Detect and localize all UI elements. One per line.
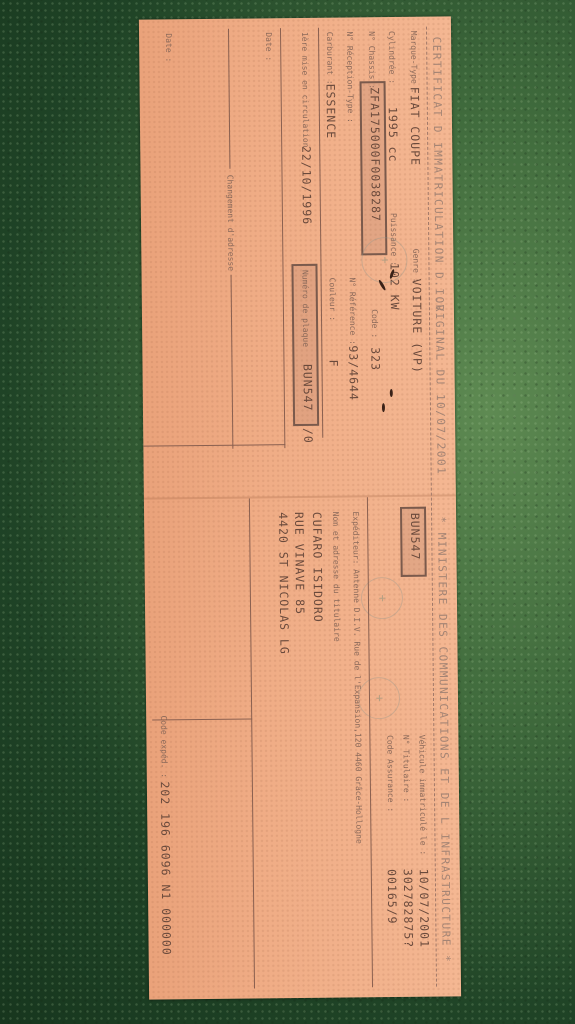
plate-suffix: /0 <box>301 428 315 444</box>
code-label: Code : <box>370 309 379 338</box>
dispatch-code-label: Code expéd. : <box>159 715 169 778</box>
certificate-title: CERTIFICAT D IMMATRICULATION D.I.V <box>430 36 446 312</box>
vehicle-divider <box>318 28 323 438</box>
owner-name: CUFARO ISIDORO <box>310 512 325 623</box>
marque-type-label: Marque-Type : <box>409 31 419 94</box>
chassis-value: ZFA175000F0038287 <box>368 87 383 222</box>
change-of-address: Changement d'adresse <box>226 175 236 271</box>
cylindree-label: Cylindrée : <box>387 31 397 84</box>
code-value: 323 <box>368 347 382 371</box>
section-divider-1 <box>280 28 285 448</box>
owner-street: RUE VINAVE 85 <box>292 512 307 615</box>
insurance-code-value: 00165/9 <box>385 869 400 925</box>
section-divider-2 <box>249 499 255 989</box>
sender-address: Expéditeur: Antenne D.I.V. Rue de l'Expa… <box>351 511 363 843</box>
plate-number-label: Numéro de plaque <box>301 270 311 347</box>
owner-city: 4420 ST NICOLAS LG <box>276 512 291 655</box>
reception-type-label: N° Réception-Type : <box>345 31 355 123</box>
genre-value: VOITURE (VP) <box>410 279 425 374</box>
address-line-left <box>228 29 230 169</box>
plate-number-value: BUN547 <box>300 364 314 412</box>
insurance-code-label: Code Assurance : <box>385 735 395 812</box>
first-registration-value: 22/10/1996 <box>299 146 314 225</box>
ministry-name: * MINISTERE DES COMMUNICATIONS ET DE L I… <box>435 516 453 963</box>
reference-label: N° Référence : <box>348 277 358 345</box>
first-registration-label: 1ère mise en circulation <box>300 32 310 148</box>
plate-box-value: BUN547 <box>408 513 422 561</box>
date-label-1: Date : <box>264 32 273 61</box>
owner-address-label: Nom et adresse du titulaire <box>331 512 341 642</box>
carburant-label: Carburant : <box>325 32 335 85</box>
registered-on-label: Véhicule immatriculé le : <box>417 735 427 856</box>
marque-type-value: FIAT COUPE <box>408 87 423 166</box>
couleur-value: F <box>326 360 340 368</box>
stamp-circle <box>358 677 400 719</box>
cylindree-value: 1995 cc <box>386 107 401 163</box>
address-line-right <box>231 275 234 449</box>
paper-fold <box>144 494 456 499</box>
holder-number-value: 302782875? <box>401 869 416 948</box>
date-label-2: Date : <box>164 33 173 62</box>
stamp-circle <box>361 237 407 283</box>
genre-label: Genre : <box>411 249 420 283</box>
registration-certificate: CERTIFICAT D IMMATRICULATION D.I.V ORIGI… <box>139 16 461 999</box>
couleur-label: Couleur : <box>328 278 337 321</box>
carburant-value: ESSENCE <box>324 84 339 140</box>
ink-mark <box>390 389 393 397</box>
original-date: ORIGINAL DU 10/07/2001 <box>433 296 448 475</box>
sender-divider <box>367 497 373 987</box>
dispatch-code-value: 202 196 6096 N1 000000 <box>158 781 174 955</box>
registered-on-value: 10/07/2001 <box>417 869 432 948</box>
holder-number-label: N° Titulaire : <box>401 735 411 803</box>
reference-value: 93/4644 <box>346 345 361 401</box>
vertical-divider-left <box>143 444 285 446</box>
ink-mark <box>382 403 385 412</box>
